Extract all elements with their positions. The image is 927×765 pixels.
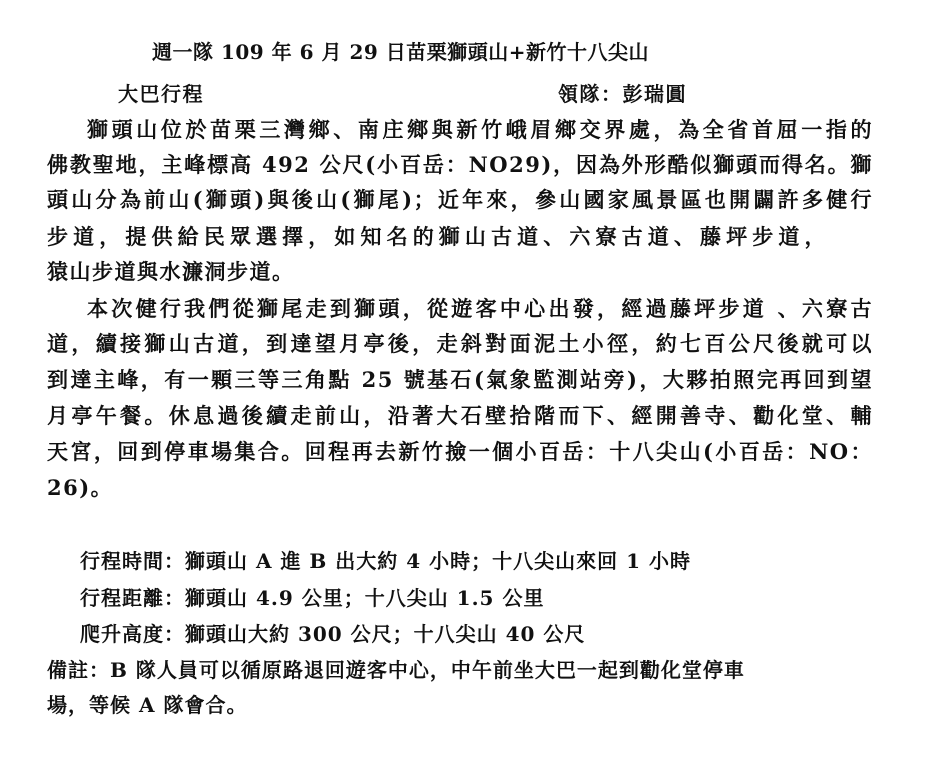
note-line: 場，等候 A 隊會合。 [47, 690, 247, 720]
trip-leader: 領隊：彭瑞圓 [558, 79, 687, 109]
document-title: 週一隊 109 年 6 月 29 日苗栗獅頭山+新竹十八尖山 [152, 37, 649, 67]
paragraph-line: 月亭午餐。休息過後續走前山，沿著大石壁拾階而下、經開善寺、勸化堂、輔 [47, 401, 873, 431]
paragraph-line: 頭山分為前山(獅頭)與後山(獅尾)；近年來，參山國家風景區也開闢許多健行 [47, 185, 873, 215]
paragraph-line: 26)。 [47, 473, 873, 503]
document-page: 週一隊 109 年 6 月 29 日苗栗獅頭山+新竹十八尖山 大巴行程 領隊：彭… [0, 0, 927, 765]
paragraph-line: 佛教聖地，主峰標高 492 公尺(小百岳：NO29)，因為外形酷似獅頭而得名。獅 [47, 150, 873, 180]
trip-type: 大巴行程 [118, 79, 204, 109]
paragraph-line: 到達主峰，有一顆三等三角點 25 號基石(氣象監測站旁)，大夥拍照完再回到望 [47, 365, 873, 395]
trip-elevation-gain: 爬升高度：獅頭山大約 300 公尺；十八尖山 40 公尺 [80, 619, 585, 649]
trip-duration: 行程時間：獅頭山 A 進 B 出大約 4 小時；十八尖山來回 1 小時 [80, 546, 691, 576]
paragraph-line: 本次健行我們從獅尾走到獅頭，從遊客中心出發，經過藤坪步道 、六寮古 [87, 294, 873, 324]
note-line: 備註：B 隊人員可以循原路退回遊客中心，中午前坐大巴一起到勸化堂停車 [47, 655, 745, 685]
paragraph-line: 猿山步道與水濂洞步道。 [47, 257, 873, 287]
paragraph-line: 獅頭山位於苗栗三灣鄉、南庄鄉與新竹峨眉鄉交界處，為全省首屈一指的 [87, 115, 873, 145]
paragraph-line: 道，續接獅山古道，到達望月亭後，走斜對面泥土小徑，約七百公尺後就可以 [47, 329, 873, 359]
paragraph-line: 步道，提供給民眾選擇，如知名的獅山古道、六寮古道、藤坪步道， [47, 222, 827, 252]
trip-distance: 行程距離：獅頭山 4.9 公里；十八尖山 1.5 公里 [80, 583, 544, 613]
paragraph-line: 天宮，回到停車場集合。回程再去新竹撿一個小百岳：十八尖山(小百岳：NO： [47, 437, 873, 467]
